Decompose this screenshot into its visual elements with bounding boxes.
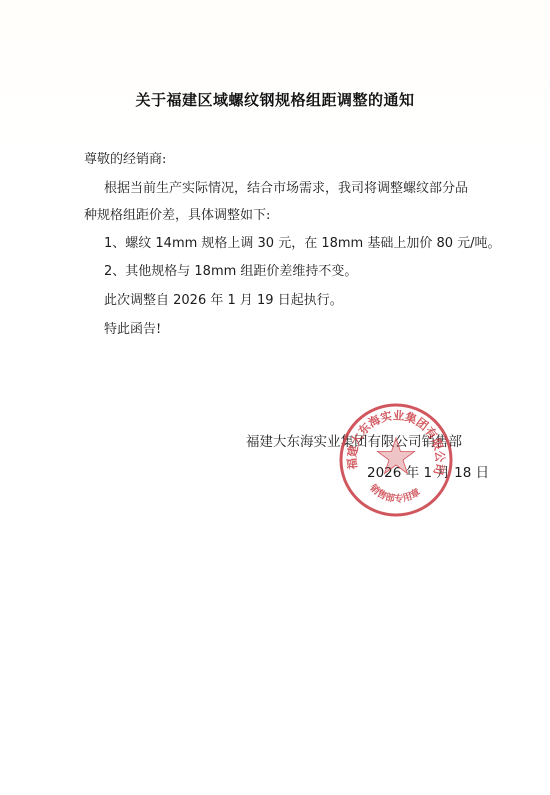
company-seal-stamp: 福建大东海实业集团有限公司 销售部专用章 bbox=[338, 402, 454, 518]
adjustment-item-2: 2、其他规格与 18mm 组距价差维持不变。 bbox=[104, 260, 357, 279]
body-paragraph-line-2: 种规格组距价差，具体调整如下: bbox=[84, 204, 270, 223]
greeting: 尊敬的经销商: bbox=[84, 148, 166, 167]
document-page: 关于福建区域螺纹钢规格组距调整的通知 尊敬的经销商: 根据当前生产实际情况，结合… bbox=[0, 0, 550, 795]
svg-text:销售部专用章: 销售部专用章 bbox=[367, 482, 423, 505]
closing-line: 特此函告! bbox=[104, 318, 161, 337]
document-title: 关于福建区域螺纹钢规格组距调整的通知 bbox=[0, 89, 550, 110]
effective-date-line: 此次调整自 2026 年 1 月 19 日起执行。 bbox=[104, 289, 343, 308]
body-paragraph-line-1: 根据当前生产实际情况，结合市场需求，我司将调整螺纹部分品 bbox=[104, 177, 468, 196]
stamp-inner-text: 销售部专用章 bbox=[367, 482, 423, 505]
adjustment-item-1: 1、螺纹 14mm 规格上调 30 元，在 18mm 基础上加价 80 元/吨。 bbox=[104, 232, 501, 251]
star-icon bbox=[378, 438, 415, 474]
